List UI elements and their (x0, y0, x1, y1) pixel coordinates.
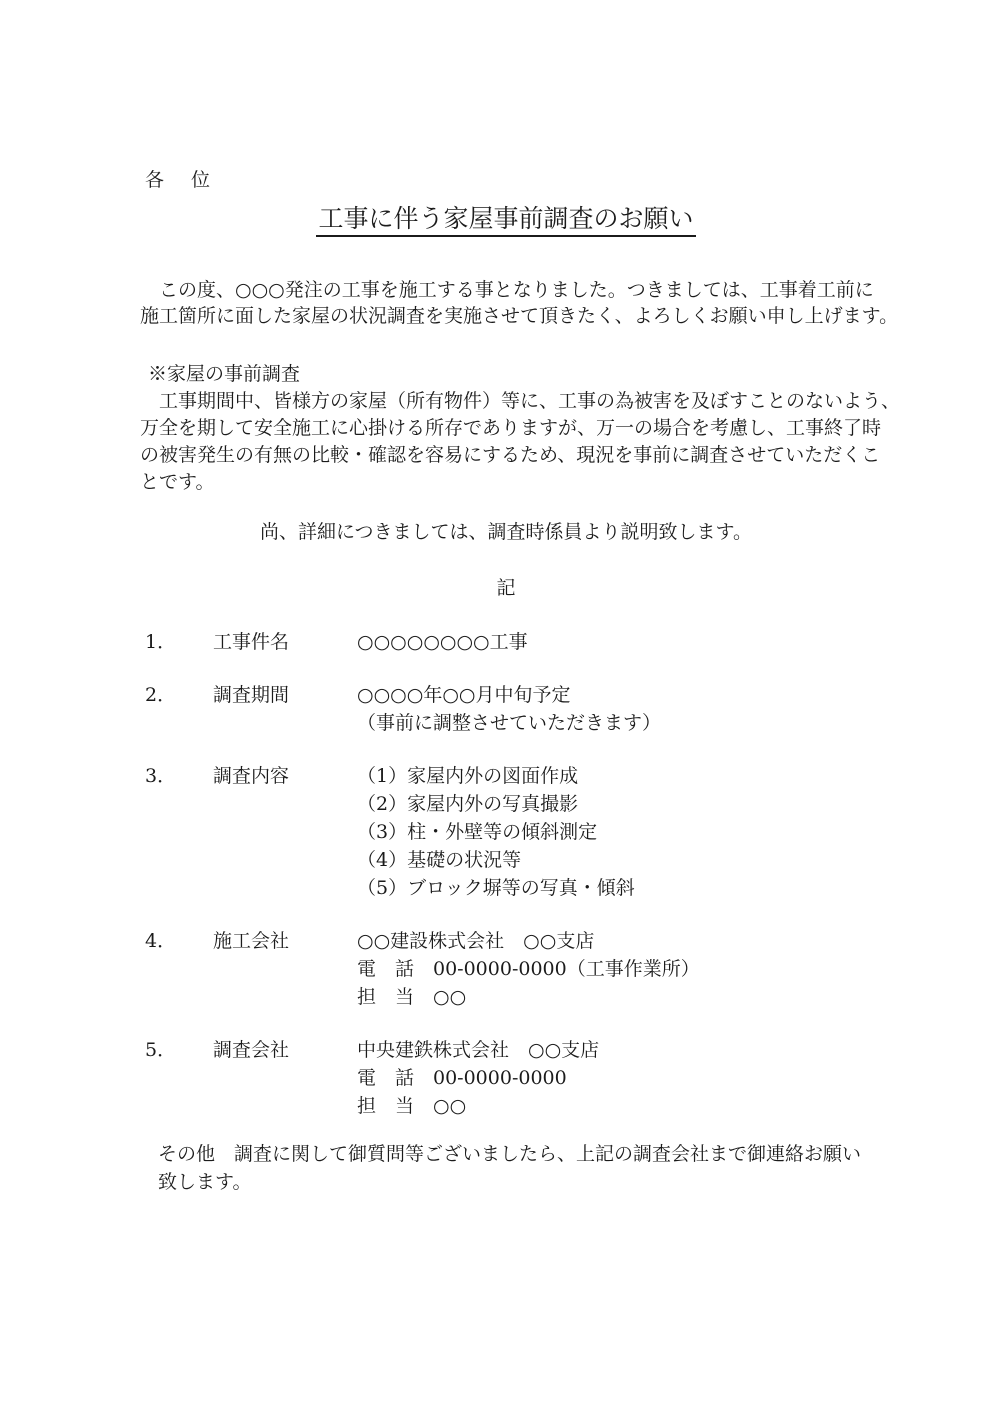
list-item: 3． 調査内容 （1）家屋内外の図面作成（2）家屋内外の写真撮影（3）柱・外壁等… (140, 762, 872, 902)
item-value: ○○建設株式会社 ○○支店電 話 00-0000-0000（工事作業所）担 当 … (357, 927, 872, 1011)
text-line: （事前に調整させていただきます） (357, 709, 872, 737)
text-line: とです。 (140, 469, 872, 496)
list-item: 4． 施工会社 ○○建設株式会社 ○○支店電 話 00-0000-0000（工事… (140, 927, 872, 1011)
text-line: 電 話 00-0000-0000（工事作業所） (357, 955, 872, 983)
closing-paragraph: その他 調査に関して御質問等ございましたら、上記の調査会社まで御連絡お願い致しま… (158, 1140, 872, 1196)
item-number: 5． (145, 1036, 213, 1064)
text-line: 電 話 00-0000-0000 (357, 1064, 872, 1092)
item-value: 中央建鉄株式会社 ○○支店電 話 00-0000-0000担 当 ○○ (357, 1036, 872, 1120)
note-paragraph: 工事期間中、皆様方の家屋（所有物件）等に、工事の為被害を及ぼすことのないよう、万… (140, 388, 872, 496)
text-line: ○○○○年○○月中旬予定 (357, 681, 872, 709)
item-number: 4． (145, 927, 213, 955)
item-value: （1）家屋内外の図面作成（2）家屋内外の写真撮影（3）柱・外壁等の傾斜測定（4）… (357, 762, 872, 902)
text-line: 中央建鉄株式会社 ○○支店 (357, 1036, 872, 1064)
item-value: ○○○○年○○月中旬予定（事前に調整させていただきます） (357, 681, 872, 737)
text-line: ○○○○○○○○工事 (357, 628, 872, 656)
text-line: 致します。 (158, 1168, 872, 1196)
text-line: 担 当 ○○ (357, 983, 872, 1011)
recipient-line: 各 位 (145, 170, 872, 190)
text-line: （3）柱・外壁等の傾斜測定 (357, 818, 872, 846)
text-line: （4）基礎の状況等 (357, 846, 872, 874)
list-item: 2． 調査期間 ○○○○年○○月中旬予定（事前に調整させていただきます） (140, 681, 872, 737)
text-line: 担 当 ○○ (357, 1092, 872, 1120)
item-value: ○○○○○○○○工事 (357, 628, 872, 656)
text-line: （1）家屋内外の図面作成 (357, 762, 872, 790)
list-item: 5． 調査会社 中央建鉄株式会社 ○○支店電 話 00-0000-0000担 当… (140, 1036, 872, 1120)
ki-mark: 記 (140, 575, 872, 601)
text-line: の被害発生の有無の比較・確認を容易にするため、現況を事前に調査させていただくこ (140, 442, 872, 469)
text-line: 万全を期して安全施工に心掛ける所存でありますが、万一の場合を考慮し、工事終了時 (140, 415, 872, 442)
note-heading: ※家屋の事前調査 (148, 361, 872, 388)
document-page: 各 位 工事に伴う家屋事前調査のお願い この度、○○○発注の工事を施工する事とな… (0, 0, 1000, 1415)
intro-paragraph: この度、○○○発注の工事を施工する事となりました。つきましては、工事着工前に施工… (140, 277, 872, 329)
item-label: 工事件名 (213, 628, 357, 656)
item-number: 1． (145, 628, 213, 656)
item-number: 2． (145, 681, 213, 709)
item-label: 調査期間 (213, 681, 357, 709)
item-label: 調査会社 (213, 1036, 357, 1064)
text-line: 工事期間中、皆様方の家屋（所有物件）等に、工事の為被害を及ぼすことのないよう、 (140, 388, 872, 415)
item-number: 3． (145, 762, 213, 790)
text-line: ○○建設株式会社 ○○支店 (357, 927, 872, 955)
detail-note: 尚、詳細につきましては、調査時係員より説明致します。 (140, 519, 872, 545)
text-line: （2）家屋内外の写真撮影 (357, 790, 872, 818)
text-line: 施工箇所に面した家屋の状況調査を実施させて頂きたく、よろしくお願い申し上げます。 (140, 303, 872, 329)
text-line: この度、○○○発注の工事を施工する事となりました。つきましては、工事着工前に (140, 277, 872, 303)
text-line: （5）ブロック塀等の写真・傾斜 (357, 874, 872, 902)
list-item: 1． 工事件名 ○○○○○○○○工事 (140, 628, 872, 656)
item-label: 調査内容 (213, 762, 357, 790)
item-label: 施工会社 (213, 927, 357, 955)
items-list: 1． 工事件名 ○○○○○○○○工事 2． 調査期間 ○○○○年○○月中旬予定（… (140, 628, 872, 1120)
title-wrap: 工事に伴う家屋事前調査のお願い (140, 205, 872, 237)
document-title: 工事に伴う家屋事前調査のお願い (316, 205, 695, 237)
text-line: その他 調査に関して御質問等ございましたら、上記の調査会社まで御連絡お願い (158, 1140, 872, 1168)
